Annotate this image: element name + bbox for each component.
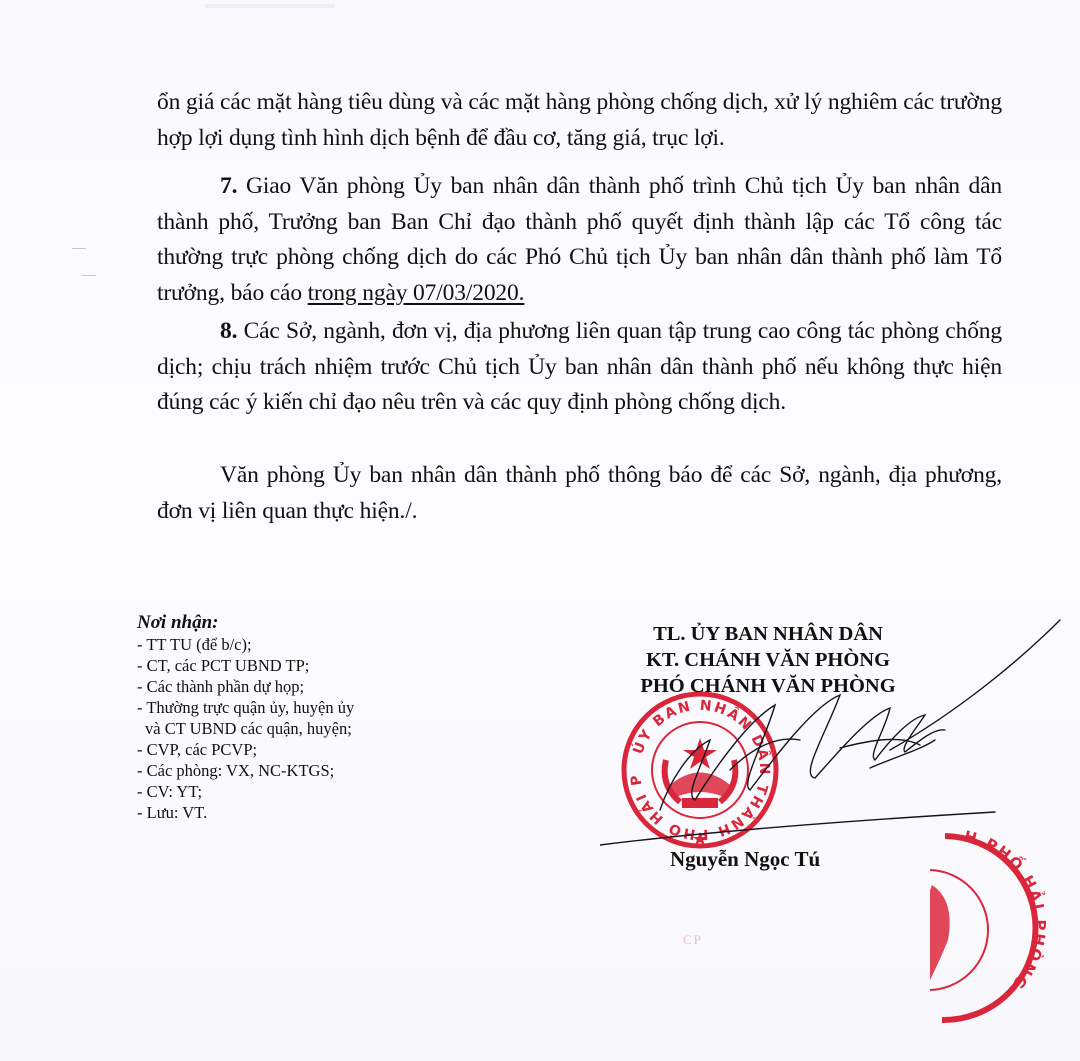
svg-text:H PHỐ HẢI PHÒNG: H PHỐ HẢI PHÒNG — [962, 830, 1049, 993]
paragraph-text: Các Sở, ngành, đơn vị, địa phương liên q… — [157, 318, 1002, 415]
margin-mark — [82, 275, 96, 276]
paragraph-item-7: 7. Giao Văn phòng Ủy ban nhân dân thành … — [157, 169, 1002, 311]
official-seal-icon: ỦY BAN NHÂN DÂN THÀNH PHỐ HẢI PHÒNG — [620, 690, 780, 850]
recipient-item: - TT TU (để b/c); — [137, 634, 354, 655]
faint-stamp-mark: CP — [683, 932, 703, 948]
item-number: 8. — [220, 318, 237, 344]
recipient-item: - Lưu: VT. — [137, 802, 354, 823]
recipient-item: - Các thành phần dự họp; — [137, 676, 354, 697]
recipients-list: Nơi nhận: - TT TU (để b/c); - CT, các PC… — [137, 612, 354, 823]
signature-title-line: PHÓ CHÁNH VĂN PHÒNG — [618, 673, 918, 699]
paragraph-text: Văn phòng Ủy ban nhân dân thành phố thôn… — [157, 458, 1002, 529]
recipient-item: và CT UBND các quận, huyện; — [137, 718, 354, 739]
signer-name: Nguyễn Ngọc Tú — [670, 847, 820, 872]
margin-mark — [72, 248, 86, 249]
recipient-item: - CV: YT; — [137, 781, 354, 802]
item-number: 7. — [220, 173, 237, 199]
recipient-item: - CT, các PCT UBND TP; — [137, 655, 354, 676]
paragraph-text: Giao Văn phòng Ủy ban nhân dân thành phố… — [157, 173, 1002, 306]
header-residue — [205, 4, 335, 8]
paragraph-continuation: ổn giá các mặt hàng tiêu dùng và các mặt… — [157, 85, 1002, 156]
recipient-item: - Các phòng: VX, NC-KTGS; — [137, 760, 354, 781]
deadline-text: trong ngày 07/03/2020. — [308, 280, 525, 306]
signature-title-line: KT. CHÁNH VĂN PHÒNG — [618, 647, 918, 673]
recipients-title: Nơi nhận: — [137, 612, 354, 634]
recipient-item: - CVP, các PCVP; — [137, 739, 354, 760]
paragraph-text: ổn giá các mặt hàng tiêu dùng và các mặt… — [157, 85, 1002, 156]
closing-paragraph: Văn phòng Ủy ban nhân dân thành phố thôn… — [157, 458, 1002, 529]
document-page: ổn giá các mặt hàng tiêu dùng và các mặt… — [0, 0, 1080, 1061]
paragraph-item-8: 8. Các Sở, ngành, đơn vị, địa phương liê… — [157, 314, 1002, 421]
signature-block: TL. ỦY BAN NHÂN DÂN KT. CHÁNH VĂN PHÒNG … — [618, 621, 918, 699]
partial-seal-text: H PHỐ HẢI PHÒNG — [962, 830, 1049, 993]
recipient-item: - Thường trực quận ủy, huyện ủy — [137, 697, 354, 718]
signature-title-line: TL. ỦY BAN NHÂN DÂN — [618, 621, 918, 647]
partial-seal-icon: H PHỐ HẢI PHÒNG — [930, 830, 1070, 1030]
